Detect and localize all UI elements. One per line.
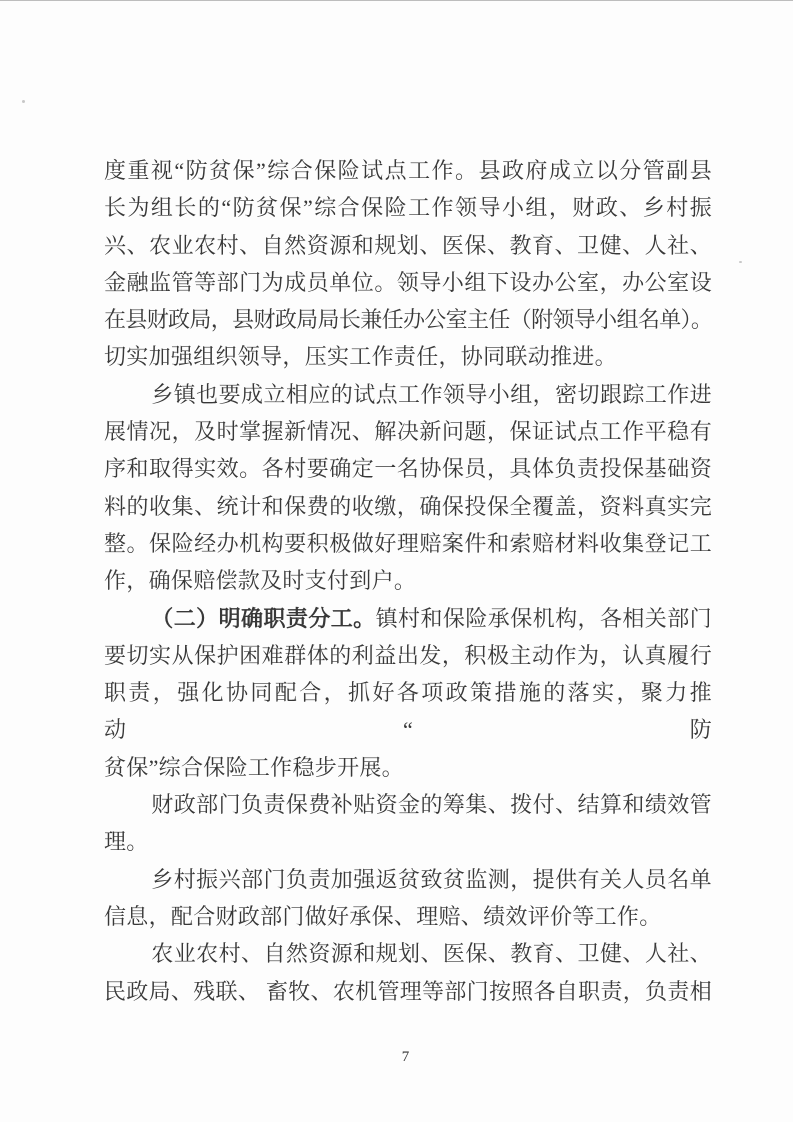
text-line-segment: 镇村和保险承保机构，各相关部门 — [376, 606, 712, 631]
scan-speck — [22, 100, 25, 103]
text-line: 切实加强组织领导，压实工作责任，协同联动推进。 — [104, 338, 712, 375]
document-body: 度重视“防贫保”综合保险试点工作。县政府成立以分管副县 长为组长的“防贫保”综合… — [104, 152, 712, 1010]
text-line: 整。保险经办机构要积极做好理赔案件和索赔材料收集登记工 — [104, 525, 712, 562]
text-line: 展情况，及时掌握新情况、解决新问题，保证试点工作平稳有 — [104, 413, 712, 450]
text-line: 兴、农业农村、自然资源和规划、医保、教育、卫健、人社、 — [104, 227, 712, 264]
text-line: 财政部门负责保费补贴资金的筹集、拨付、结算和绩效管 — [104, 786, 712, 823]
text-line: 职责，强化协同配合，抓好各项政策措施的落实，聚力推动“防 — [104, 674, 712, 749]
scan-speck — [739, 261, 742, 263]
text-line: 作，确保赔偿款及时支付到户。 — [104, 562, 712, 599]
text-line: 料的收集、统计和保费的收缴，确保投保全覆盖，资料真实完 — [104, 488, 712, 525]
text-line: 理。 — [104, 823, 712, 860]
text-line: 度重视“防贫保”综合保险试点工作。县政府成立以分管副县 — [104, 152, 712, 189]
section-heading: （二）明确职责分工。 — [151, 606, 375, 631]
text-line: 农业农村、自然资源和规划、医保、教育、卫健、人社、 — [104, 935, 712, 972]
document-page: 度重视“防贫保”综合保险试点工作。县政府成立以分管副县 长为组长的“防贫保”综合… — [0, 0, 793, 1122]
page-footer: 7 — [0, 1048, 793, 1066]
text-line: 要切实从保护困难群体的利益出发，积极主动作为，认真履行 — [104, 637, 712, 674]
text-line: 金融监管等部门为成员单位。领导小组下设办公室，办公室设 — [104, 264, 712, 301]
text-line: 序和取得实效。各村要确定一名协保员，具体负责投保基础资 — [104, 450, 712, 487]
text-line: 长为组长的“防贫保”综合保险工作领导小组，财政、乡村振 — [104, 189, 712, 226]
text-line: 乡村振兴部门负责加强返贫致贫监测，提供有关人员名单 — [104, 861, 712, 898]
text-line: 民政局、残联、 畜牧、农机管理等部门按照各自职责，负责相 — [104, 973, 712, 1010]
text-line: （二）明确职责分工。镇村和保险承保机构，各相关部门 — [104, 600, 712, 637]
scan-edge-line — [0, 0, 793, 1]
text-line: 贫保”综合保险工作稳步开展。 — [104, 749, 712, 786]
text-line: 乡镇也要成立相应的试点工作领导小组，密切跟踪工作进 — [104, 376, 712, 413]
page-number: 7 — [402, 1049, 410, 1066]
text-line: 在县财政局，县财政局局长兼任办公室主任（附领导小组名单）。 — [104, 301, 712, 338]
text-line: 信息，配合财政部门做好承保、理赔、绩效评价等工作。 — [104, 898, 712, 935]
